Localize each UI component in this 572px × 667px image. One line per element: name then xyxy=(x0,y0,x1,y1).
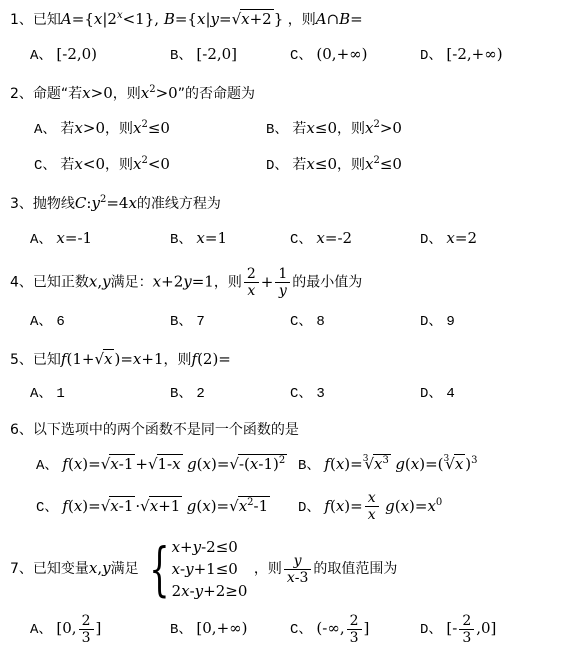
option-label: D、 xyxy=(420,48,442,64)
question-5-option-B: B、2 xyxy=(170,383,290,405)
option-text: x=-2 xyxy=(316,231,352,247)
option-label: B、 xyxy=(170,314,192,330)
option-text: [-23,0] xyxy=(446,621,496,637)
question-4: 4、已知正数x,y满足：x+2y=1，则2x+1y的最小值为A、6B、7C、8D… xyxy=(10,266,566,333)
question-7-option-B: B、[0,+∞) xyxy=(170,617,290,641)
option-text: 7 xyxy=(196,314,204,330)
option-text: 若x≤0，则x2≤0 xyxy=(292,157,402,173)
option-text: 2 xyxy=(196,386,204,402)
question-5-option-A: A、1 xyxy=(30,383,170,405)
option-text: 若x>0，则x2≤0 xyxy=(60,121,170,137)
question-2-option-A: A、若x>0，则x2≤0 xyxy=(34,117,266,141)
question-2-option-D: D、若x≤0，则x2≤0 xyxy=(266,153,566,177)
question-3-option-B: B、x=1 xyxy=(170,227,290,251)
option-label: B、 xyxy=(170,48,192,64)
option-label: D、 xyxy=(266,158,288,174)
option-label: D、 xyxy=(298,500,320,516)
question-1-options: A、[-2,0)B、[-2,0]C、(0,+∞)D、[-2,+∞) xyxy=(10,43,566,67)
option-text: f(x)=xx g(x)=x0 xyxy=(324,499,442,515)
option-text: x=2 xyxy=(446,231,477,247)
question-7-option-C: C、(-∞,23] xyxy=(290,613,420,646)
option-text: f(x)=√x-1·√x+1 g(x)=√x2-1 xyxy=(62,499,270,515)
question-1-option-B: B、[-2,0] xyxy=(170,43,290,67)
question-6-stem: 6、以下选项中的两个函数不是同一个函数的是 xyxy=(10,420,566,441)
question-5-options: A、1B、2C、3D、4 xyxy=(10,383,566,405)
option-label: C、 xyxy=(290,232,312,248)
option-label: D、 xyxy=(420,386,442,402)
option-text: 若x≤0，则x2>0 xyxy=(292,121,402,137)
question-1-option-A: A、[-2,0) xyxy=(30,43,170,67)
question-3-option-C: C、x=-2 xyxy=(290,227,420,251)
option-label: C、 xyxy=(290,48,312,64)
option-label: C、 xyxy=(34,158,56,174)
option-text: [0,23] xyxy=(56,621,101,637)
question-7-option-D: D、[-23,0] xyxy=(420,613,566,646)
math-test-document: 1、已知A={x|2x<1}, B={x|y=√x+2} ，则A∩B=A、[-2… xyxy=(0,0,572,667)
question-7-option-A: A、[0,23] xyxy=(30,613,170,646)
question-1-option-D: D、[-2,+∞) xyxy=(420,43,566,67)
option-text: 6 xyxy=(56,314,64,330)
question-6-option-A: A、f(x)=√x-1+√1-x g(x)=√-(x-1)2 xyxy=(36,453,298,477)
question-3: 3、抛物线C:y2=4x的准线方程为A、x=-1B、x=1C、x=-2D、x=2 xyxy=(10,192,566,251)
option-text: [-2,0] xyxy=(196,47,237,63)
option-text: 3 xyxy=(316,386,324,402)
option-label: A、 xyxy=(30,232,52,248)
option-text: [0,+∞) xyxy=(196,621,247,637)
option-text: 9 xyxy=(446,314,454,330)
question-2-option-B: B、若x≤0，则x2>0 xyxy=(266,117,566,141)
option-label: A、 xyxy=(30,386,52,402)
option-label: A、 xyxy=(36,458,58,474)
option-label: B、 xyxy=(266,122,288,138)
option-label: A、 xyxy=(30,314,52,330)
option-label: A、 xyxy=(30,48,52,64)
option-label: C、 xyxy=(290,314,312,330)
question-4-stem: 4、已知正数x,y满足：x+2y=1，则2x+1y的最小值为 xyxy=(10,266,566,299)
question-6: 6、以下选项中的两个函数不是同一个函数的是A、f(x)=√x-1+√1-x g(… xyxy=(10,420,566,523)
option-text: 8 xyxy=(316,314,324,330)
option-label: A、 xyxy=(30,622,52,638)
question-5: 5、已知f(1+√x)=x+1，则f(2)=A、1B、2C、3D、4 xyxy=(10,348,566,405)
question-list: 1、已知A={x|2x<1}, B={x|y=√x+2} ，则A∩B=A、[-2… xyxy=(10,8,566,646)
option-text: (0,+∞) xyxy=(316,47,367,63)
question-1-stem: 1、已知A={x|2x<1}, B={x|y=√x+2} ，则A∩B= xyxy=(10,8,566,31)
question-7-stem: 7、已知变量x,y满足{x+y-2≤0x-y+1≤02x-y+2≥0 ，则yx-… xyxy=(10,538,566,600)
question-2-option-C: C、若x<0，则x2<0 xyxy=(34,153,266,177)
option-label: B、 xyxy=(170,622,192,638)
option-text: f(x)=√x-1+√1-x g(x)=√-(x-1)2 xyxy=(62,457,287,473)
question-5-option-C: C、3 xyxy=(290,383,420,405)
question-6-options: A、f(x)=√x-1+√1-x g(x)=√-(x-1)2B、f(x)=3√x… xyxy=(10,453,566,523)
question-7-options: A、[0,23]B、[0,+∞)C、(-∞,23]D、[-23,0] xyxy=(10,613,566,646)
option-text: 若x<0，则x2<0 xyxy=(60,157,170,173)
question-5-option-D: D、4 xyxy=(420,383,566,405)
option-label: D、 xyxy=(420,622,442,638)
question-2: 2、命题“若x>0，则x2>0”的否命题为A、若x>0，则x2≤0B、若x≤0，… xyxy=(10,82,566,177)
option-text: 4 xyxy=(446,386,454,402)
option-label: B、 xyxy=(170,386,192,402)
question-3-stem: 3、抛物线C:y2=4x的准线方程为 xyxy=(10,192,566,215)
question-4-option-D: D、9 xyxy=(420,311,566,333)
option-label: C、 xyxy=(290,622,312,638)
question-7: 7、已知变量x,y满足{x+y-2≤0x-y+1≤02x-y+2≥0 ，则yx-… xyxy=(10,538,566,645)
question-4-option-C: C、8 xyxy=(290,311,420,333)
question-1: 1、已知A={x|2x<1}, B={x|y=√x+2} ，则A∩B=A、[-2… xyxy=(10,8,566,67)
option-label: D、 xyxy=(420,314,442,330)
option-label: B、 xyxy=(298,458,320,474)
question-3-option-A: A、x=-1 xyxy=(30,227,170,251)
question-3-options: A、x=-1B、x=1C、x=-2D、x=2 xyxy=(10,227,566,251)
question-6-option-C: C、f(x)=√x-1·√x+1 g(x)=√x2-1 xyxy=(36,495,298,519)
question-4-option-A: A、6 xyxy=(30,311,170,333)
option-text: x=-1 xyxy=(56,231,92,247)
question-3-option-D: D、x=2 xyxy=(420,227,566,251)
question-4-options: A、6B、7C、8D、9 xyxy=(10,311,566,333)
option-text: (-∞,23] xyxy=(316,621,369,637)
question-2-stem: 2、命题“若x>0，则x2>0”的否命题为 xyxy=(10,82,566,105)
option-text: [-2,+∞) xyxy=(446,47,502,63)
option-text: x=1 xyxy=(196,231,227,247)
option-text: f(x)=3√x3 g(x)=(3√x)3 xyxy=(324,457,477,473)
question-2-options: A、若x>0，则x2≤0B、若x≤0，则x2>0C、若x<0，则x2<0D、若x… xyxy=(10,117,566,177)
option-label: C、 xyxy=(36,500,58,516)
question-6-option-D: D、f(x)=xx g(x)=x0 xyxy=(298,490,566,523)
option-label: B、 xyxy=(170,232,192,248)
question-6-option-B: B、f(x)=3√x3 g(x)=(3√x)3 xyxy=(298,453,566,477)
option-label: C、 xyxy=(290,386,312,402)
question-5-stem: 5、已知f(1+√x)=x+1，则f(2)= xyxy=(10,348,566,371)
option-text: 1 xyxy=(56,386,64,402)
option-label: D、 xyxy=(420,232,442,248)
option-text: [-2,0) xyxy=(56,47,97,63)
question-1-option-C: C、(0,+∞) xyxy=(290,43,420,67)
option-label: A、 xyxy=(34,122,56,138)
question-4-option-B: B、7 xyxy=(170,311,290,333)
